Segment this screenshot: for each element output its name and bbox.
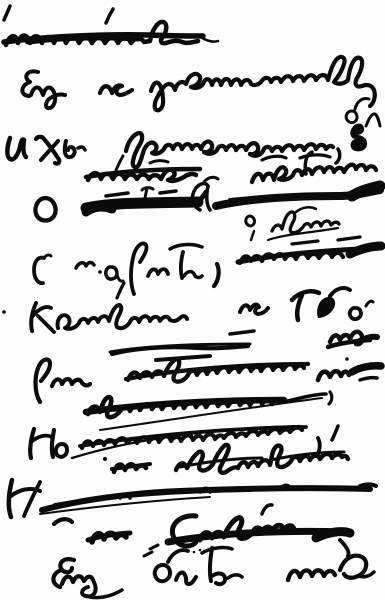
text-row6	[2, 283, 373, 332]
manuscript-page: Manuscript draft page with deletions and…	[0, 0, 385, 600]
struck-interline-row6	[110, 331, 377, 354]
struck-row4	[35, 152, 380, 221]
text-row10	[103, 445, 348, 473]
text-row7	[36, 356, 382, 402]
struck-row8	[86, 392, 332, 430]
manuscript-facsimile	[0, 0, 385, 600]
blotted-letter	[350, 124, 367, 152]
struck-row9	[30, 426, 338, 458]
struck-row11	[9, 480, 376, 517]
text-row13	[53, 545, 374, 598]
insertion-o-vsekh	[246, 207, 339, 240]
struck-row12	[54, 505, 350, 556]
text-row5	[34, 237, 381, 294]
struck-word-row1	[4, 6, 218, 45]
text-row3	[7, 124, 367, 168]
text-row2	[22, 57, 374, 110]
